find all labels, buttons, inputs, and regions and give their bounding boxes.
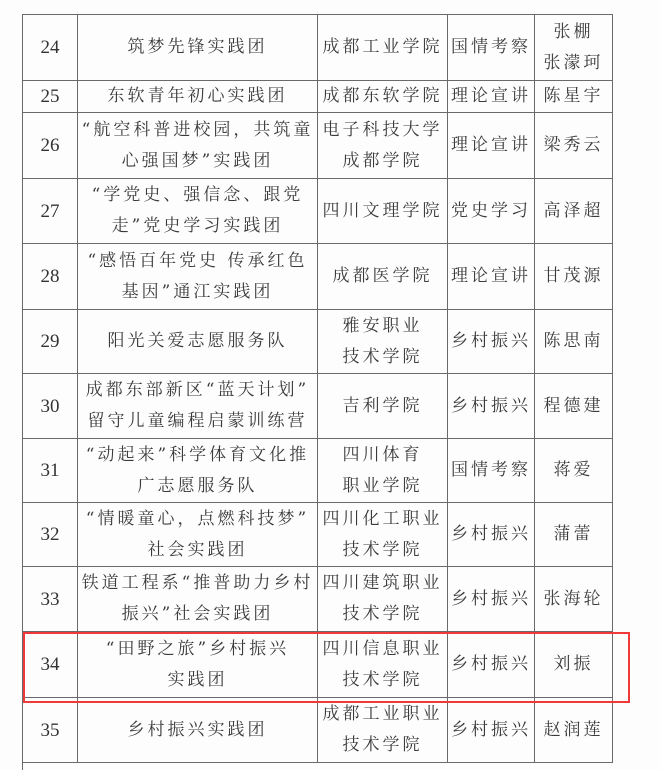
school-cell-line: 技术学院 [320, 535, 445, 566]
team-name-cell: “动起来”科学体育文化推广志愿服务队 [78, 439, 318, 503]
school-cell: 成都医学院 [318, 244, 448, 310]
leader-cell-line: 赵润莲 [537, 715, 610, 746]
activity-type-cell: 理论宣讲 [448, 244, 535, 310]
team-name-cell: “航空科普进校园，共筑童心强国梦”实践团 [78, 113, 318, 179]
activity-type-cell: 理论宣讲 [448, 113, 535, 179]
school-cell-line: 成都工业学院 [320, 32, 445, 63]
team-name-cell-line: “学党史、强信念、跟党 [80, 180, 315, 211]
team-name-cell-line: 实践团 [80, 665, 315, 696]
school-cell-line: 四川文理学院 [320, 196, 445, 227]
team-name-cell-line: 广志愿服务队 [80, 471, 315, 502]
leader-cell-line: 蒋爱 [537, 455, 610, 486]
leader-cell-line: 甘茂源 [537, 261, 610, 292]
school-cell-line: 职业学院 [320, 471, 445, 502]
project-table-container: 24筑梦先锋实践团成都工业学院国情考察张棚张濛珂25东软青年初心实践团成都东软学… [22, 14, 613, 763]
team-name-cell-line: 振兴”社会实践团 [80, 599, 315, 630]
leader-cell-line: 张棚 [537, 17, 610, 48]
activity-type-cell: 乡村振兴 [448, 503, 535, 567]
school-cell-line: 雅安职业 [320, 311, 445, 342]
activity-type-cell: 乡村振兴 [448, 567, 535, 632]
activity-type-cell: 乡村振兴 [448, 310, 535, 374]
row-number: 30 [23, 374, 78, 439]
activity-type-cell: 乡村振兴 [448, 374, 535, 439]
team-name-cell-line: 东软青年初心实践团 [80, 81, 315, 112]
school-cell-line: 电子科技大学 [320, 115, 445, 146]
leader-cell: 陈星宇 [535, 81, 613, 113]
row-number: 27 [23, 179, 78, 244]
school-cell: 成都工业职业技术学院 [318, 698, 448, 763]
leader-cell-line: 刘振 [537, 649, 610, 680]
row-number: 32 [23, 503, 78, 567]
school-cell: 四川化工职业技术学院 [318, 503, 448, 567]
school-cell-line: 四川信息职业 [320, 634, 445, 665]
row-number: 35 [23, 698, 78, 763]
leader-cell: 张海轮 [535, 567, 613, 632]
table-row: 31“动起来”科学体育文化推广志愿服务队四川体育职业学院国情考察蒋爱 [23, 439, 613, 503]
team-name-cell-line: 筑梦先锋实践团 [80, 32, 315, 63]
leader-cell: 高泽超 [535, 179, 613, 244]
leader-cell: 陈思南 [535, 310, 613, 374]
team-name-cell-line: “感悟百年党史 传承红色 [80, 246, 315, 277]
team-name-cell-line: 社会实践团 [80, 535, 315, 566]
table-row: 29阳光关爱志愿服务队雅安职业技术学院乡村振兴陈思南 [23, 310, 613, 374]
table-row: 32“情暖童心，点燃科技梦”社会实践团四川化工职业技术学院乡村振兴蒲蕾 [23, 503, 613, 567]
table-row: 26“航空科普进校园，共筑童心强国梦”实践团电子科技大学成都学院理论宣讲梁秀云 [23, 113, 613, 179]
row-number: 28 [23, 244, 78, 310]
school-cell-line: 技术学院 [320, 599, 445, 630]
row-number: 33 [23, 567, 78, 632]
leader-cell-line: 张濛珂 [537, 48, 610, 79]
leader-cell-line: 高泽超 [537, 196, 610, 227]
team-name-cell: 成都东部新区“蓝天计划”留守儿童编程启蒙训练营 [78, 374, 318, 439]
row-number: 34 [23, 632, 78, 698]
school-cell: 吉利学院 [318, 374, 448, 439]
team-name-cell-line: “动起来”科学体育文化推 [80, 440, 315, 471]
leader-cell-line: 蒲蕾 [537, 519, 610, 550]
leader-cell: 张棚张濛珂 [535, 15, 613, 81]
team-name-cell: 东软青年初心实践团 [78, 81, 318, 113]
school-cell-line: 成都东软学院 [320, 81, 445, 112]
row-number: 29 [23, 310, 78, 374]
team-name-cell-line: 走”党史学习实践团 [80, 211, 315, 242]
team-name-cell: “学党史、强信念、跟党走”党史学习实践团 [78, 179, 318, 244]
activity-type-cell: 党史学习 [448, 179, 535, 244]
team-name-cell: 筑梦先锋实践团 [78, 15, 318, 81]
team-name-cell-line: “田野之旅”乡村振兴 [80, 634, 315, 665]
table-row: 28“感悟百年党史 传承红色基因”通江实践团成都医学院理论宣讲甘茂源 [23, 244, 613, 310]
school-cell-line: 技术学院 [320, 730, 445, 761]
leader-cell: 梁秀云 [535, 113, 613, 179]
team-name-cell-line: 心强国梦”实践团 [80, 146, 315, 177]
team-name-cell-line: 乡村振兴实践团 [80, 715, 315, 746]
activity-type-cell: 乡村振兴 [448, 632, 535, 698]
school-cell: 成都东软学院 [318, 81, 448, 113]
school-cell-line: 成都工业职业 [320, 699, 445, 730]
school-cell: 四川文理学院 [318, 179, 448, 244]
team-name-cell-line: “航空科普进校园，共筑童 [80, 115, 315, 146]
leader-cell: 程德建 [535, 374, 613, 439]
table-row: 33铁道工程系“推普助力乡村振兴”社会实践团四川建筑职业技术学院乡村振兴张海轮 [23, 567, 613, 632]
leader-cell: 刘振 [535, 632, 613, 698]
school-cell: 电子科技大学成都学院 [318, 113, 448, 179]
school-cell: 四川信息职业技术学院 [318, 632, 448, 698]
leader-cell-line: 陈思南 [537, 326, 610, 357]
activity-type-cell: 国情考察 [448, 15, 535, 81]
school-cell-line: 技术学院 [320, 342, 445, 373]
leader-cell-line: 梁秀云 [537, 130, 610, 161]
school-cell-line: 吉利学院 [320, 391, 445, 422]
activity-type-cell: 乡村振兴 [448, 698, 535, 763]
table-row: 35乡村振兴实践团成都工业职业技术学院乡村振兴赵润莲 [23, 698, 613, 763]
team-name-cell: 铁道工程系“推普助力乡村振兴”社会实践团 [78, 567, 318, 632]
leader-cell: 蒲蕾 [535, 503, 613, 567]
team-name-cell-line: 留守儿童编程启蒙训练营 [80, 406, 315, 437]
school-cell: 四川建筑职业技术学院 [318, 567, 448, 632]
activity-type-cell: 理论宣讲 [448, 81, 535, 113]
leader-cell-line: 张海轮 [537, 584, 610, 615]
team-name-cell: “情暖童心，点燃科技梦”社会实践团 [78, 503, 318, 567]
table-row-highlighted: 34“田野之旅”乡村振兴实践团四川信息职业技术学院乡村振兴刘振 [23, 632, 613, 698]
project-table: 24筑梦先锋实践团成都工业学院国情考察张棚张濛珂25东软青年初心实践团成都东软学… [22, 14, 613, 763]
team-name-cell-line: 基因”通江实践团 [80, 277, 315, 308]
school-cell-line: 成都医学院 [320, 261, 445, 292]
row-number: 26 [23, 113, 78, 179]
team-name-cell: 阳光关爱志愿服务队 [78, 310, 318, 374]
team-name-cell: 乡村振兴实践团 [78, 698, 318, 763]
school-cell: 四川体育职业学院 [318, 439, 448, 503]
school-cell: 雅安职业技术学院 [318, 310, 448, 374]
school-cell-line: 四川建筑职业 [320, 568, 445, 599]
leader-cell: 甘茂源 [535, 244, 613, 310]
team-name-cell: “田野之旅”乡村振兴实践团 [78, 632, 318, 698]
team-name-cell-line: “情暖童心，点燃科技梦” [80, 504, 315, 535]
team-name-cell-line: 阳光关爱志愿服务队 [80, 326, 315, 357]
table-continuation [22, 762, 623, 770]
school-cell-line: 四川化工职业 [320, 504, 445, 535]
table-row: 24筑梦先锋实践团成都工业学院国情考察张棚张濛珂 [23, 15, 613, 81]
leader-cell-line: 陈星宇 [537, 81, 610, 112]
table-row: 27“学党史、强信念、跟党走”党史学习实践团四川文理学院党史学习高泽超 [23, 179, 613, 244]
table-row: 25东软青年初心实践团成都东软学院理论宣讲陈星宇 [23, 81, 613, 113]
team-name-cell: “感悟百年党史 传承红色基因”通江实践团 [78, 244, 318, 310]
team-name-cell-line: 成都东部新区“蓝天计划” [80, 375, 315, 406]
leader-cell: 赵润莲 [535, 698, 613, 763]
leader-cell: 蒋爱 [535, 439, 613, 503]
school-cell: 成都工业学院 [318, 15, 448, 81]
school-cell-line: 技术学院 [320, 665, 445, 696]
activity-type-cell: 国情考察 [448, 439, 535, 503]
table-row: 30成都东部新区“蓝天计划”留守儿童编程启蒙训练营吉利学院乡村振兴程德建 [23, 374, 613, 439]
team-name-cell-line: 铁道工程系“推普助力乡村 [80, 568, 315, 599]
row-number: 25 [23, 81, 78, 113]
school-cell-line: 成都学院 [320, 146, 445, 177]
school-cell-line: 四川体育 [320, 440, 445, 471]
row-number: 24 [23, 15, 78, 81]
row-number: 31 [23, 439, 78, 503]
leader-cell-line: 程德建 [537, 391, 610, 422]
